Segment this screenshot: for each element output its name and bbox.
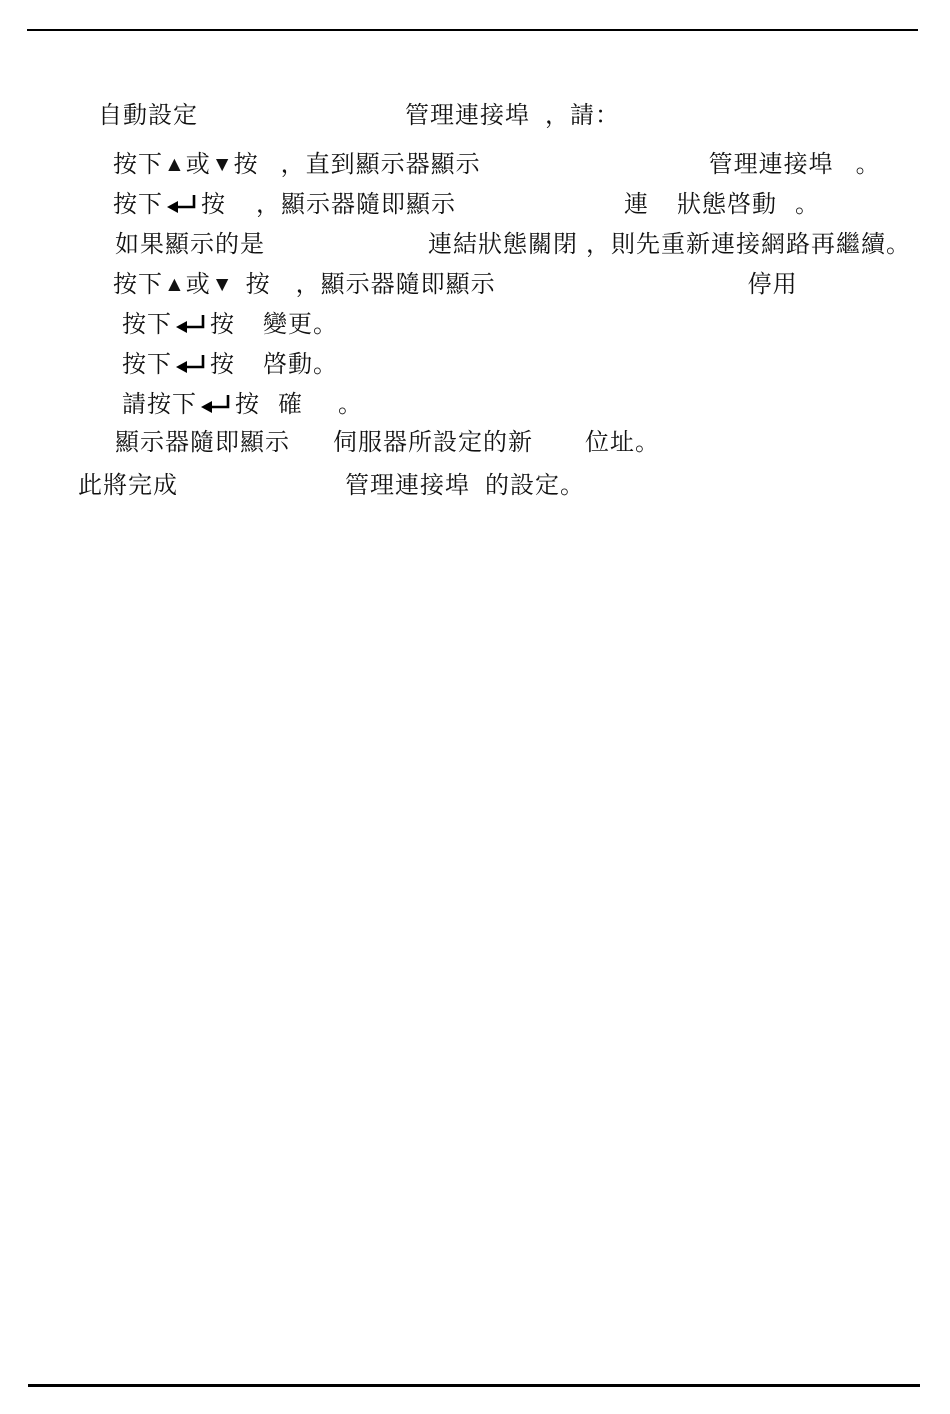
text-segment: ，請： bbox=[545, 101, 620, 131]
text-segment: 或 bbox=[186, 150, 211, 180]
step-line: 按下▲或▼按，顯示器隨即顯示停用 bbox=[113, 270, 798, 300]
text-segment: ，顯示器隨即顯示 bbox=[256, 190, 456, 220]
text-segment: 此將完成 bbox=[78, 471, 178, 501]
step-line: 按下按，顯示器隨即顯示連狀態啓動。 bbox=[113, 190, 820, 220]
text-gap bbox=[470, 492, 485, 493]
text-segment: 停用 bbox=[748, 270, 798, 300]
text-gap bbox=[235, 371, 263, 372]
text-segment: 按下 bbox=[113, 150, 163, 180]
text-gap bbox=[290, 449, 333, 450]
text-gap bbox=[530, 122, 545, 123]
text-gap bbox=[198, 122, 405, 123]
text-segment: 按下 bbox=[122, 310, 172, 340]
text-segment: 的設定。 bbox=[485, 471, 585, 501]
text-segment: 啓動。 bbox=[263, 350, 338, 380]
triangle-down-icon: ▼ bbox=[211, 153, 234, 177]
text-segment: ，直到顯示器顯示 bbox=[281, 150, 481, 180]
text-segment: 。 bbox=[856, 150, 881, 180]
text-segment: 位址。 bbox=[585, 428, 660, 458]
step-line: 按下▲或▼按，直到顯示器顯示管理連接埠。 bbox=[113, 150, 881, 180]
text-gap bbox=[234, 291, 246, 292]
step-line: 請按下按確。 bbox=[122, 390, 363, 420]
text-segment: 按 bbox=[234, 150, 259, 180]
bottom-horizontal-rule bbox=[28, 1384, 920, 1387]
text-segment: 按 bbox=[201, 190, 226, 220]
text-segment: 按 bbox=[210, 350, 235, 380]
triangle-down-icon: ▼ bbox=[211, 273, 234, 297]
triangle-up-icon: ▲ bbox=[163, 153, 186, 177]
text-gap bbox=[533, 449, 585, 450]
text-segment: 按下 bbox=[122, 350, 172, 380]
text-segment: 。 bbox=[338, 390, 363, 420]
text-segment: 按下 bbox=[113, 270, 163, 300]
text-segment: 顯示器隨即顯示 bbox=[115, 428, 290, 458]
step-line: 按下按變更。 bbox=[122, 310, 338, 340]
text-segment: 連結狀態關閉 bbox=[428, 230, 578, 260]
text-gap bbox=[777, 211, 795, 212]
text-gap bbox=[235, 331, 263, 332]
step-line: 顯示器隨即顯示伺服器所設定的新位址。 bbox=[115, 428, 660, 458]
return-key-icon bbox=[172, 350, 210, 372]
text-segment: 。 bbox=[795, 190, 820, 220]
text-segment: 連 bbox=[624, 190, 649, 220]
text-gap bbox=[834, 171, 856, 172]
text-segment: 管理連接埠 bbox=[405, 101, 530, 131]
text-segment: 按 bbox=[235, 390, 260, 420]
text-segment: ，則先重新連接網路再繼續。 bbox=[586, 230, 911, 260]
text-gap bbox=[259, 171, 281, 172]
step-line: 按下按啓動。 bbox=[122, 350, 338, 380]
text-segment: ，顯示器隨即顯示 bbox=[296, 270, 496, 300]
document-page: 自動設定管理連接埠，請：按下▲或▼按，直到顯示器顯示管理連接埠。按下按，顯示器隨… bbox=[0, 0, 950, 1414]
text-gap bbox=[178, 492, 345, 493]
return-key-icon bbox=[197, 390, 235, 412]
text-gap bbox=[265, 251, 428, 252]
triangle-up-icon: ▲ bbox=[163, 273, 186, 297]
text-segment: 按 bbox=[246, 270, 271, 300]
closing-line: 此將完成管理連接埠的設定。 bbox=[78, 471, 585, 501]
intro-line: 自動設定管理連接埠，請： bbox=[98, 101, 620, 131]
return-key-icon bbox=[163, 190, 201, 212]
text-gap bbox=[578, 251, 586, 252]
text-gap bbox=[260, 411, 278, 412]
text-gap bbox=[481, 171, 709, 172]
text-segment: 管理連接埠 bbox=[709, 150, 834, 180]
text-gap bbox=[271, 291, 296, 292]
text-segment: 自動設定 bbox=[98, 101, 198, 131]
text-segment: 按 bbox=[210, 310, 235, 340]
note-line: 如果顯示的是連結狀態關閉，則先重新連接網路再繼續。 bbox=[115, 230, 911, 260]
text-segment: 管理連接埠 bbox=[345, 471, 470, 501]
text-gap bbox=[226, 211, 256, 212]
text-gap bbox=[456, 211, 624, 212]
text-gap bbox=[496, 291, 748, 292]
text-segment: 如果顯示的是 bbox=[115, 230, 265, 260]
text-segment: 狀態啓動 bbox=[677, 190, 777, 220]
top-horizontal-rule bbox=[27, 29, 918, 31]
text-segment: 確 bbox=[278, 390, 303, 420]
text-segment: 按下 bbox=[113, 190, 163, 220]
text-segment: 或 bbox=[186, 270, 211, 300]
text-segment: 請按下 bbox=[122, 390, 197, 420]
text-segment: 變更。 bbox=[263, 310, 338, 340]
text-gap bbox=[649, 211, 677, 212]
text-gap bbox=[303, 411, 338, 412]
return-key-icon bbox=[172, 310, 210, 332]
text-segment: 伺服器所設定的新 bbox=[333, 428, 533, 458]
